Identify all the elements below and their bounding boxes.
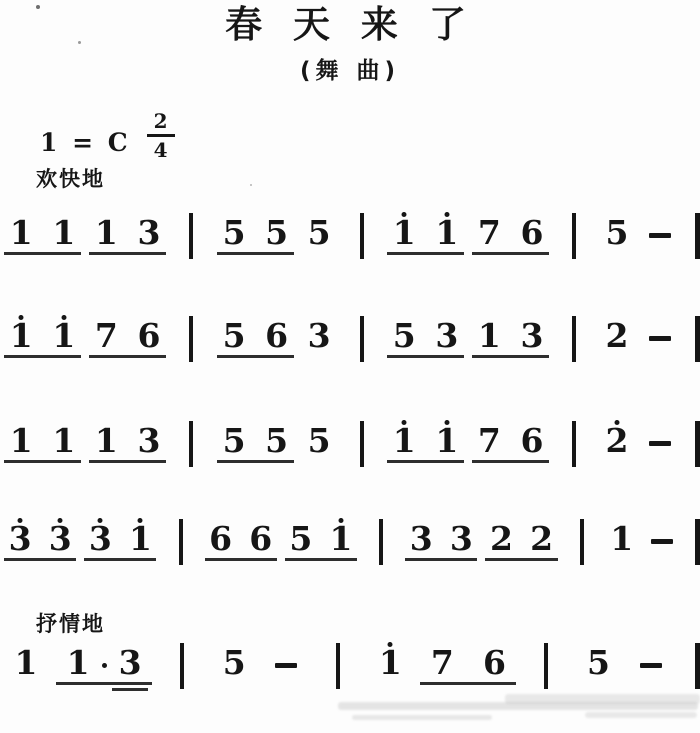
note: 5 bbox=[255, 423, 298, 463]
note-digit: 3 bbox=[520, 318, 543, 354]
barline bbox=[572, 421, 576, 467]
note: 1 bbox=[43, 423, 86, 463]
note-digit: 5 bbox=[265, 215, 288, 251]
half-note-dash bbox=[275, 663, 297, 668]
note-digit: 3 bbox=[9, 521, 32, 557]
beam-group: 51 bbox=[281, 521, 361, 561]
score-line: 11351765 bbox=[0, 645, 700, 685]
note: 6 bbox=[241, 521, 281, 561]
beam-group: 76 bbox=[85, 318, 170, 358]
beam-group: 33 bbox=[0, 521, 80, 561]
barline bbox=[544, 643, 548, 689]
barline-slot bbox=[553, 423, 596, 463]
note-digit: 1 bbox=[15, 645, 38, 681]
note: 6 bbox=[468, 645, 520, 685]
note: 5 bbox=[213, 423, 256, 463]
note-digit: 6 bbox=[483, 645, 506, 681]
barline-slot bbox=[160, 521, 200, 561]
note: 6 bbox=[255, 318, 298, 358]
scan-speck bbox=[78, 41, 81, 44]
barline-slot bbox=[156, 645, 208, 685]
note: 5 bbox=[213, 215, 256, 255]
beam-group: 11 bbox=[0, 215, 85, 255]
note: 5 bbox=[596, 215, 639, 255]
note: 1 bbox=[468, 318, 511, 358]
scan-speck bbox=[36, 5, 40, 9]
note: 5 bbox=[213, 318, 256, 358]
barline bbox=[695, 316, 700, 362]
barline-slot bbox=[681, 215, 700, 255]
barline bbox=[336, 643, 340, 689]
note-digit: 5 bbox=[393, 318, 416, 354]
note: 3 bbox=[426, 318, 469, 358]
note-digit: 3 bbox=[137, 423, 160, 459]
note: 3 bbox=[401, 521, 441, 561]
octave-dot bbox=[98, 518, 103, 523]
barline-slot bbox=[312, 645, 364, 685]
note: 3 bbox=[40, 521, 80, 561]
note-digit: 7 bbox=[478, 215, 501, 251]
note-digit: 2 bbox=[530, 521, 553, 557]
note-digit: 1 bbox=[435, 215, 458, 251]
note: 3 bbox=[80, 521, 120, 561]
note-digit: 5 bbox=[606, 215, 629, 251]
note-digit: 1 bbox=[435, 423, 458, 459]
note-digit: 5 bbox=[308, 423, 331, 459]
note: 7 bbox=[416, 645, 468, 685]
note-digit: 6 bbox=[209, 521, 232, 557]
note-digit: 3 bbox=[119, 645, 142, 681]
beam-group: 31 bbox=[80, 521, 160, 561]
note-digit: 6 bbox=[249, 521, 272, 557]
note: 3 bbox=[104, 645, 156, 685]
half-note-dash bbox=[649, 336, 671, 341]
barline bbox=[695, 213, 700, 259]
note-digit: 1 bbox=[52, 215, 75, 251]
note: 6 bbox=[128, 318, 171, 358]
barline bbox=[695, 519, 700, 565]
note: 1 bbox=[0, 423, 43, 463]
note-digit: 1 bbox=[67, 645, 90, 681]
barline-slot bbox=[681, 318, 700, 358]
barline-slot bbox=[361, 521, 401, 561]
beam-group: 13 bbox=[52, 645, 156, 685]
barline bbox=[360, 213, 364, 259]
note-digit: 7 bbox=[478, 423, 501, 459]
beam-group: 76 bbox=[468, 423, 553, 463]
note: 1 bbox=[0, 318, 43, 358]
note: 6 bbox=[511, 423, 554, 463]
score-line: 117656353132 bbox=[0, 318, 700, 358]
note: 3 bbox=[441, 521, 481, 561]
barline bbox=[360, 421, 364, 467]
octave-dot bbox=[444, 212, 449, 217]
note-digit: 6 bbox=[520, 215, 543, 251]
note-digit: 1 bbox=[52, 423, 75, 459]
barline bbox=[360, 316, 364, 362]
note: 5 bbox=[298, 423, 341, 463]
note: 5 bbox=[255, 215, 298, 255]
beam-group: 55 bbox=[213, 423, 298, 463]
note-digit: 1 bbox=[393, 423, 416, 459]
barline-slot bbox=[681, 423, 700, 463]
note: 1 bbox=[52, 645, 104, 685]
barline-slot bbox=[340, 215, 383, 255]
note-digit: 3 bbox=[410, 521, 433, 557]
octave-dot bbox=[138, 518, 143, 523]
note-digit: 1 bbox=[129, 521, 152, 557]
beam-group: 13 bbox=[85, 215, 170, 255]
beam-group: 53 bbox=[383, 318, 468, 358]
note-digit: 5 bbox=[223, 318, 246, 354]
barline-slot bbox=[562, 521, 602, 561]
note: 7 bbox=[468, 215, 511, 255]
note-digit: 2 bbox=[606, 318, 629, 354]
dash-slot bbox=[638, 423, 681, 463]
dash-slot bbox=[625, 645, 677, 685]
note: 6 bbox=[201, 521, 241, 561]
note: 5 bbox=[383, 318, 426, 358]
note: 3 bbox=[511, 318, 554, 358]
beam-group: 11 bbox=[383, 215, 468, 255]
beam-group: 76 bbox=[468, 215, 553, 255]
barline-slot bbox=[553, 215, 596, 255]
barline bbox=[580, 519, 584, 565]
note: 2 bbox=[522, 521, 562, 561]
barline-slot bbox=[340, 318, 383, 358]
score-line: 3331665133221 bbox=[0, 521, 700, 561]
note: 5 bbox=[208, 645, 260, 685]
barline bbox=[189, 213, 193, 259]
octave-dot bbox=[388, 642, 393, 647]
octave-dot bbox=[444, 420, 449, 425]
note-digit: 1 bbox=[379, 645, 402, 681]
beam-group: 55 bbox=[213, 215, 298, 255]
octave-dot bbox=[402, 420, 407, 425]
note-digit: 3 bbox=[49, 521, 72, 557]
scan-smudge bbox=[505, 694, 700, 704]
barline-slot bbox=[170, 215, 213, 255]
note: 3 bbox=[298, 318, 341, 358]
beam-group: 11 bbox=[0, 423, 85, 463]
note-digit: 7 bbox=[431, 645, 454, 681]
barline-slot bbox=[682, 521, 700, 561]
score-line: 111355511765 bbox=[0, 215, 700, 255]
note-digit: 3 bbox=[137, 215, 160, 251]
note-digit: 7 bbox=[95, 318, 118, 354]
note-digit: 1 bbox=[52, 318, 75, 354]
octave-dot bbox=[339, 518, 344, 523]
beam-group: 76 bbox=[416, 645, 520, 685]
scan-smudge bbox=[352, 715, 492, 720]
barline bbox=[379, 519, 383, 565]
beam-group: 11 bbox=[0, 318, 85, 358]
barline bbox=[572, 316, 576, 362]
note-digit: 1 bbox=[330, 521, 353, 557]
barline bbox=[179, 519, 183, 565]
note: 3 bbox=[128, 215, 171, 255]
note-digit: 1 bbox=[10, 423, 33, 459]
octave-dot bbox=[402, 212, 407, 217]
note: 1 bbox=[383, 423, 426, 463]
note: 1 bbox=[383, 215, 426, 255]
note-digit: 1 bbox=[10, 318, 33, 354]
note: 1 bbox=[85, 423, 128, 463]
note-digit: 3 bbox=[308, 318, 331, 354]
note-digit: 5 bbox=[289, 521, 312, 557]
note: 1 bbox=[0, 645, 52, 685]
note: 1 bbox=[43, 215, 86, 255]
sixteenth-underline bbox=[112, 688, 147, 691]
note: 3 bbox=[0, 521, 40, 561]
beam-group: 22 bbox=[481, 521, 561, 561]
score-line: 111355511762 bbox=[0, 423, 700, 463]
note-digit: 3 bbox=[89, 521, 112, 557]
scan-smudge bbox=[585, 712, 697, 718]
note: 3 bbox=[128, 423, 171, 463]
note: 1 bbox=[0, 215, 43, 255]
note-digit: 5 bbox=[587, 645, 610, 681]
scan-speck bbox=[250, 184, 252, 186]
octave-dot bbox=[19, 315, 24, 320]
barline-slot bbox=[553, 318, 596, 358]
note: 5 bbox=[281, 521, 321, 561]
note: 1 bbox=[426, 215, 469, 255]
note: 1 bbox=[426, 423, 469, 463]
note-digit: 1 bbox=[610, 521, 633, 557]
beam-group: 11 bbox=[383, 423, 468, 463]
barline bbox=[189, 316, 193, 362]
octave-dot bbox=[58, 518, 63, 523]
half-note-dash bbox=[649, 441, 671, 446]
note-digit: 3 bbox=[435, 318, 458, 354]
beam-group: 13 bbox=[85, 423, 170, 463]
octave-dot bbox=[615, 420, 620, 425]
note: 5 bbox=[573, 645, 625, 685]
note-digit: 5 bbox=[223, 645, 246, 681]
note: 7 bbox=[85, 318, 128, 358]
half-note-dash bbox=[640, 663, 662, 668]
note-digit: 3 bbox=[450, 521, 473, 557]
note: 1 bbox=[602, 521, 642, 561]
barline-slot bbox=[170, 318, 213, 358]
dash-slot bbox=[642, 521, 682, 561]
note-digit: 1 bbox=[393, 215, 416, 251]
note: 2 bbox=[596, 318, 639, 358]
beam-group: 33 bbox=[401, 521, 481, 561]
note: 7 bbox=[468, 423, 511, 463]
half-note-dash bbox=[649, 233, 671, 238]
half-note-dash bbox=[651, 539, 673, 544]
note-digit: 5 bbox=[223, 215, 246, 251]
beam-group: 56 bbox=[213, 318, 298, 358]
note: 1 bbox=[85, 215, 128, 255]
barline bbox=[180, 643, 184, 689]
note-digit: 5 bbox=[223, 423, 246, 459]
note: 1 bbox=[364, 645, 416, 685]
barline bbox=[695, 421, 700, 467]
note-digit: 6 bbox=[137, 318, 160, 354]
barline-slot bbox=[170, 423, 213, 463]
note-digit: 6 bbox=[520, 423, 543, 459]
barline bbox=[695, 643, 700, 689]
note-digit: 2 bbox=[606, 423, 629, 459]
note: 2 bbox=[481, 521, 521, 561]
beam-group: 66 bbox=[201, 521, 281, 561]
note-digit: 6 bbox=[265, 318, 288, 354]
note: 1 bbox=[43, 318, 86, 358]
note: 1 bbox=[321, 521, 361, 561]
note: 5 bbox=[298, 215, 341, 255]
note: 2 bbox=[596, 423, 639, 463]
barline-slot bbox=[520, 645, 572, 685]
note-digit: 1 bbox=[10, 215, 33, 251]
dash-slot bbox=[638, 318, 681, 358]
note-digit: 1 bbox=[478, 318, 501, 354]
note-digit: 1 bbox=[95, 215, 118, 251]
barline bbox=[189, 421, 193, 467]
note-digit: 1 bbox=[95, 423, 118, 459]
octave-dot bbox=[18, 518, 23, 523]
octave-dot bbox=[61, 315, 66, 320]
note: 1 bbox=[120, 521, 160, 561]
note-digit: 5 bbox=[265, 423, 288, 459]
barline-slot bbox=[340, 423, 383, 463]
score: 1113555117651176563531321113555117623331… bbox=[0, 0, 700, 733]
note-digit: 5 bbox=[308, 215, 331, 251]
note: 6 bbox=[511, 215, 554, 255]
dash-slot bbox=[638, 215, 681, 255]
music-sheet: 春 天 来 了 (舞 曲) 1 = C 2 4 欢快地 抒情地 11135551… bbox=[0, 0, 700, 733]
dash-slot bbox=[260, 645, 312, 685]
note-digit: 2 bbox=[490, 521, 513, 557]
beam-group: 13 bbox=[468, 318, 553, 358]
barline bbox=[572, 213, 576, 259]
barline-slot bbox=[677, 645, 700, 685]
